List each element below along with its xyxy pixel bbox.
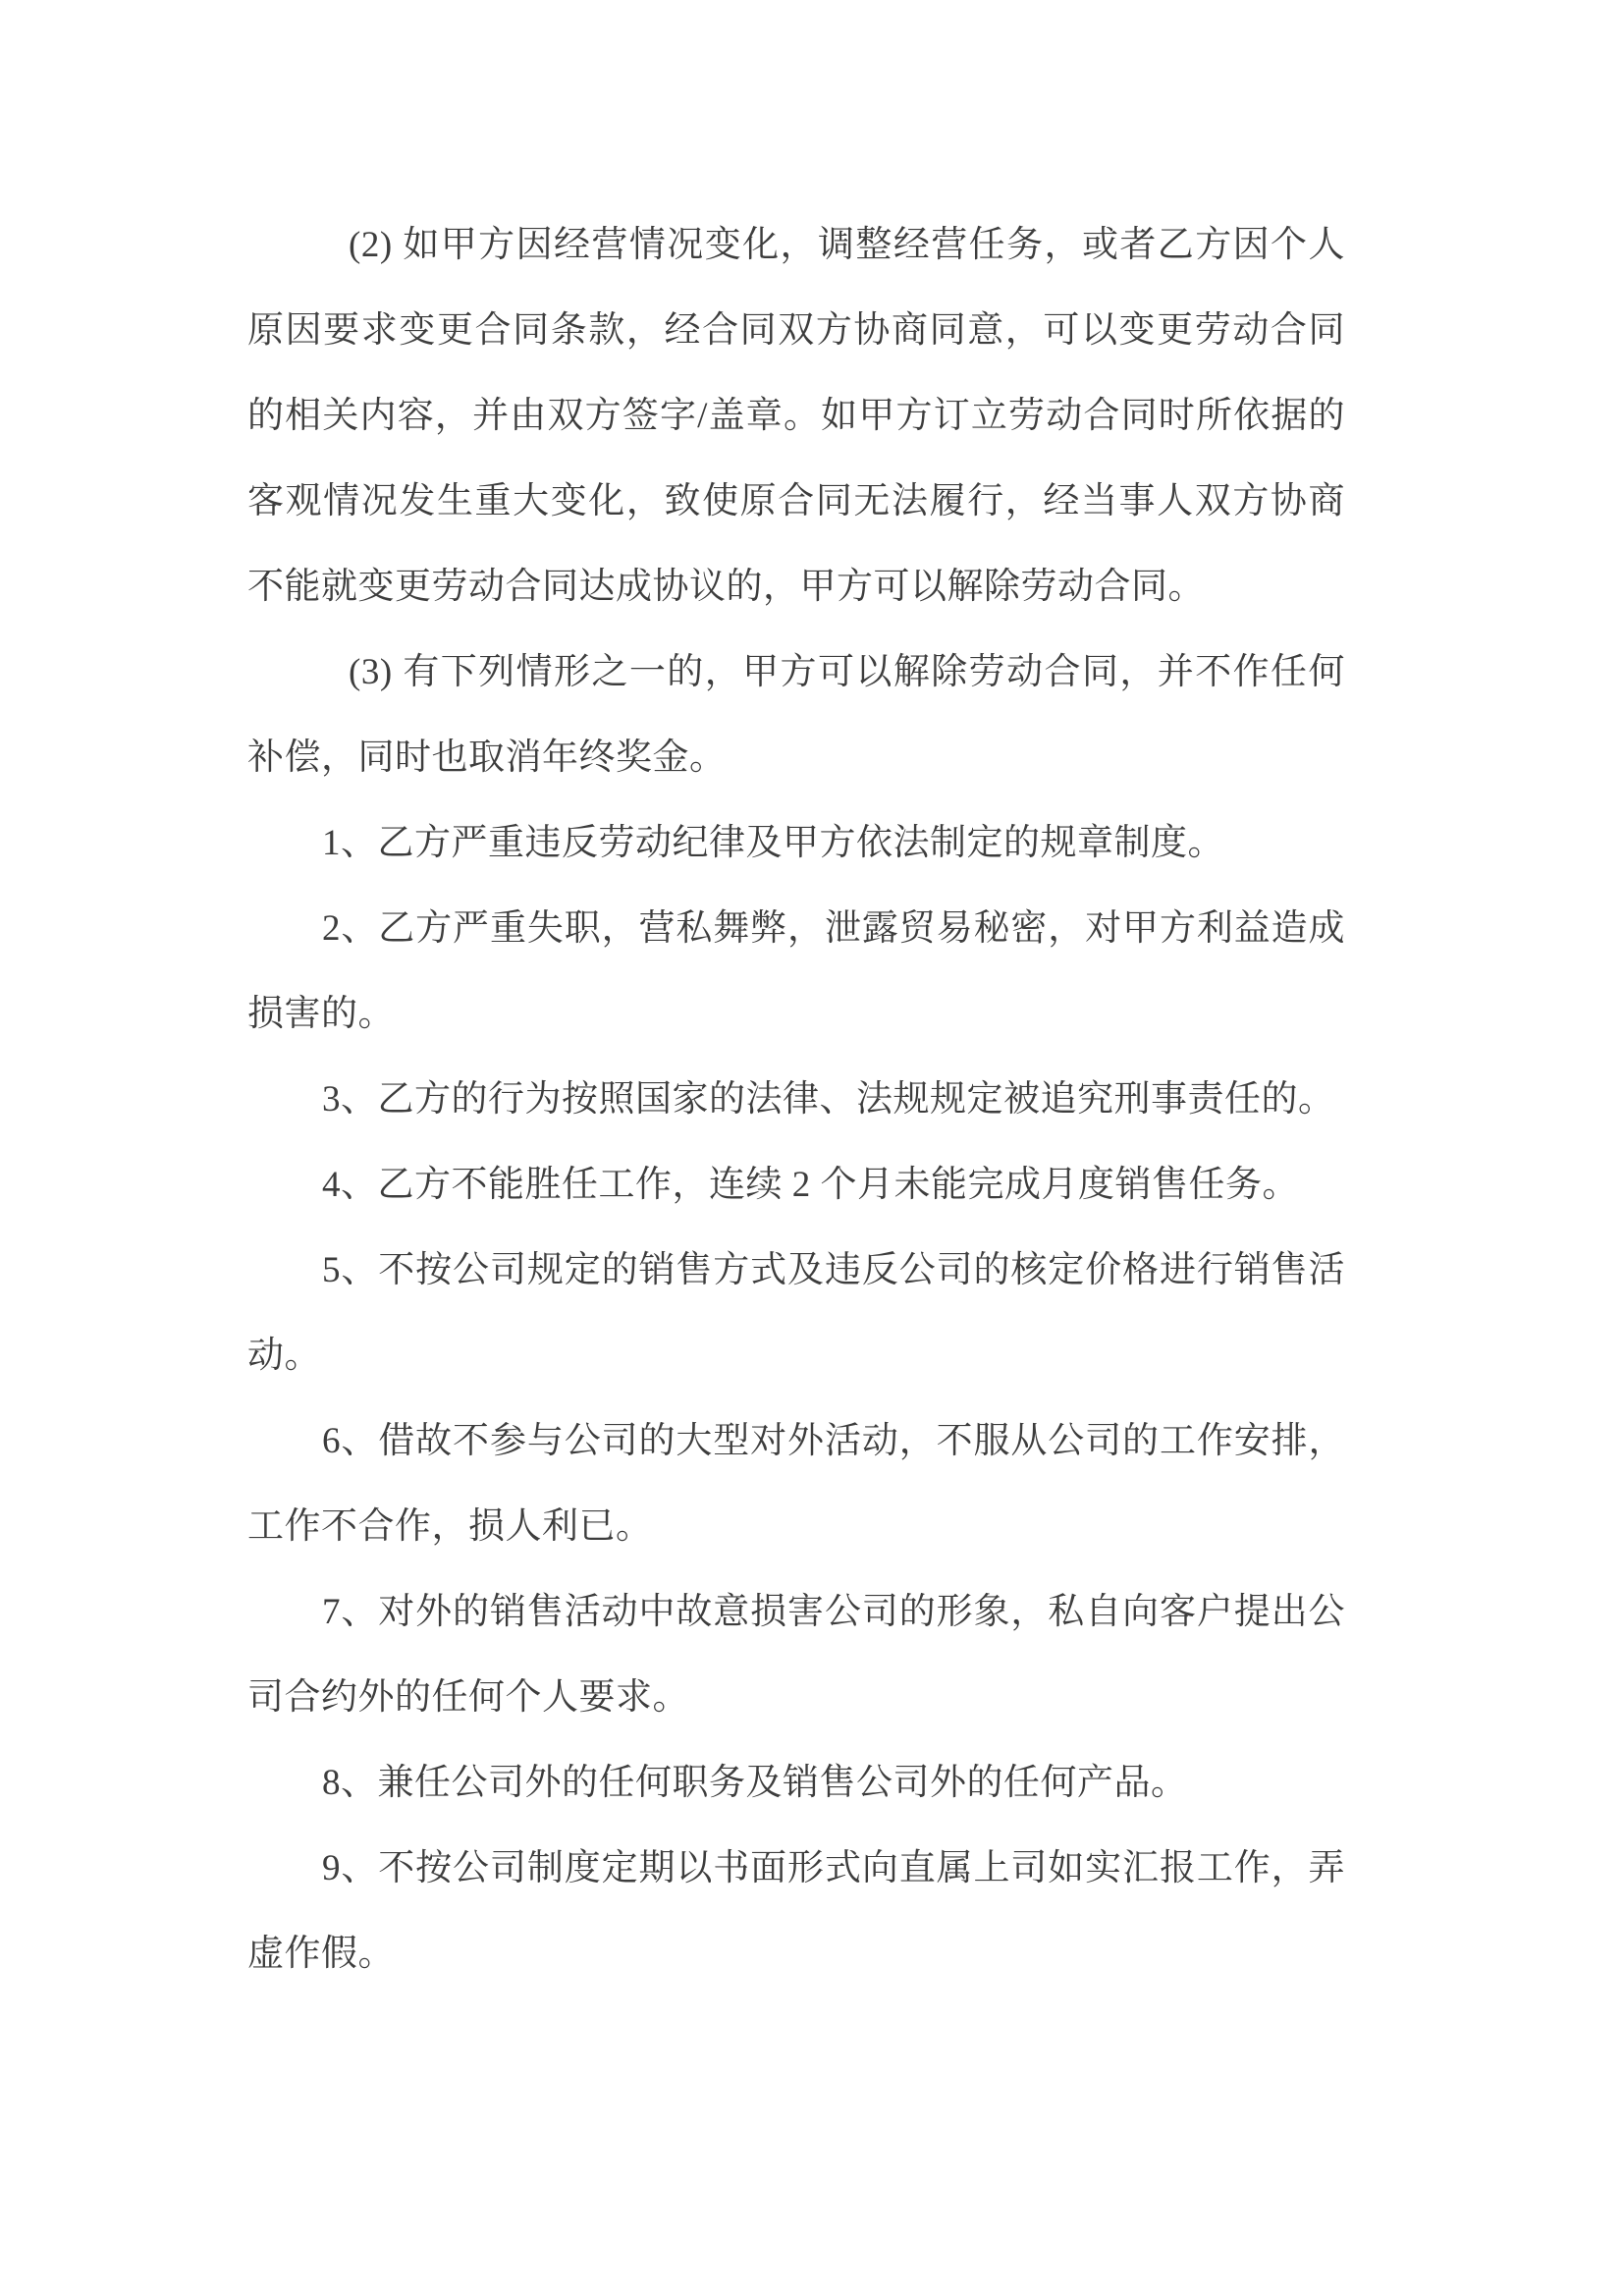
document-page: (2) 如甲方因经营情况变化，调整经营任务，或者乙方因个人原因要求变更合同条款，… [0, 0, 1623, 2296]
contract-paragraph: 2、乙方严重失职，营私舞弊，泄露贸易秘密，对甲方利益造成损害的。 [247, 886, 1345, 1057]
contract-paragraph: (3) 有下列情形之一的，甲方可以解除劳动合同，并不作任何补偿，同时也取消年终奖… [247, 629, 1345, 800]
contract-paragraph: 9、不按公司制度定期以书面形式向直属上司如实汇报工作，弄虚作假。 [247, 1826, 1345, 1996]
contract-paragraph: 3、乙方的行为按照国家的法律、法规规定被追究刑事责任的。 [247, 1057, 1345, 1142]
contract-paragraph: 7、对外的销售活动中故意损害公司的形象，私自向客户提出公司合约外的任何个人要求。 [247, 1569, 1345, 1740]
contract-paragraph: 6、借故不参与公司的大型对外活动，不服从公司的工作安排，工作不合作，损人利已。 [247, 1398, 1345, 1569]
contract-paragraph: 5、不按公司规定的销售方式及违反公司的核定价格进行销售活动。 [247, 1228, 1345, 1398]
contract-paragraph: 1、乙方严重违反劳动纪律及甲方依法制定的规章制度。 [247, 800, 1345, 886]
contract-paragraph: 8、兼任公司外的任何职务及销售公司外的任何产品。 [247, 1740, 1345, 1826]
contract-paragraph: 4、乙方不能胜任工作，连续 2 个月未能完成月度销售任务。 [247, 1142, 1345, 1228]
contract-paragraph: (2) 如甲方因经营情况变化，调整经营任务，或者乙方因个人原因要求变更合同条款，… [247, 202, 1345, 629]
contract-text-body: (2) 如甲方因经营情况变化，调整经营任务，或者乙方因个人原因要求变更合同条款，… [247, 202, 1345, 1996]
